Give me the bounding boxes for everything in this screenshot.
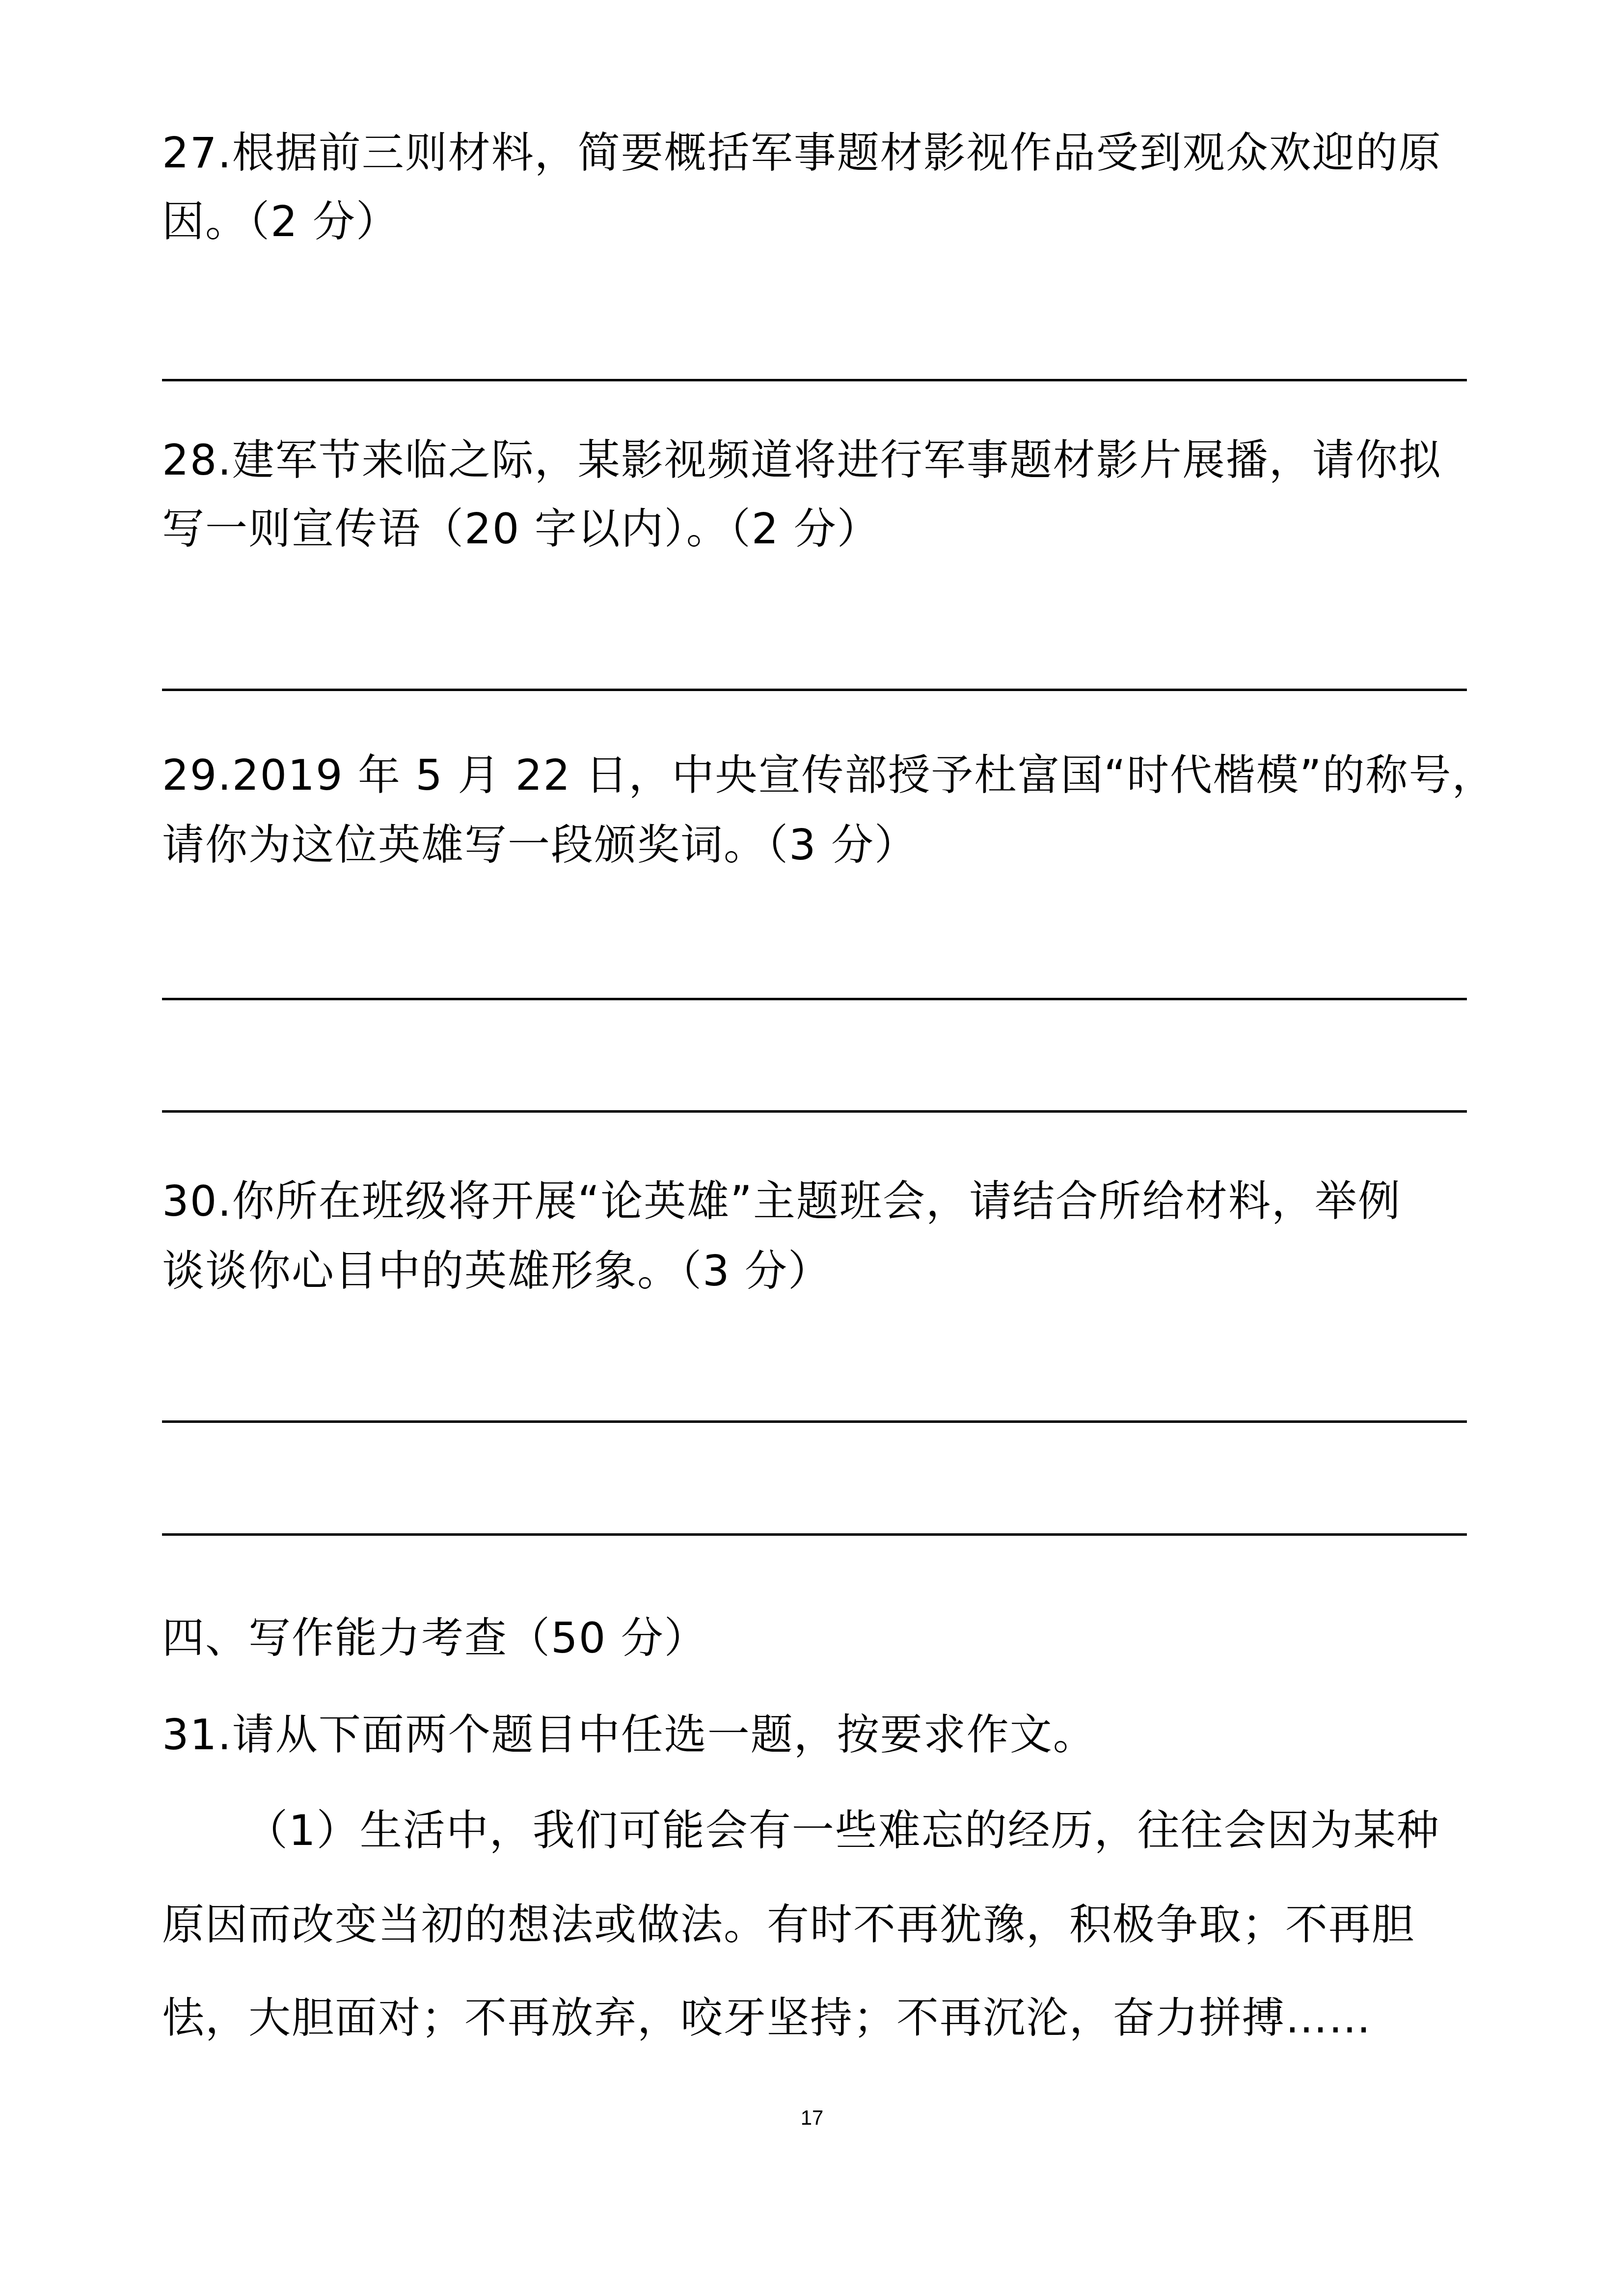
- question-29-line-2: 请你为这位英雄写一段颁奖词。（3 分）: [162, 821, 918, 870]
- section-heading-writing: 四、写作能力考查（50 分）: [162, 1614, 707, 1663]
- prompt-1-line-1: （1）生活中，我们可能会有一些难忘的经历，往往会因为某种: [245, 1806, 1440, 1855]
- question-27-line-2: 因。（2 分）: [162, 197, 399, 246]
- question-29-line-1: 29.2019 年 5 月 22 日，中央宣传部授予杜富国“时代楷模”的称号，: [162, 751, 1495, 800]
- question-31-instruction: 31.请从下面两个题目中任选一题，按要求作文。: [162, 1710, 1096, 1760]
- question-28-line-2: 写一则宣传语（20 字以内）。（2 分）: [162, 505, 880, 554]
- answer-line-q29-2[interactable]: [162, 1110, 1467, 1113]
- question-30-line-2: 谈谈你心目中的英雄形象。（3 分）: [162, 1247, 831, 1296]
- question-30-line-1: 30.你所在班级将开展“论英雄”主题班会，请结合所给材料，举例: [162, 1177, 1401, 1226]
- answer-line-q30-1[interactable]: [162, 1420, 1467, 1423]
- answer-line-q28[interactable]: [162, 689, 1467, 691]
- prompt-1-line-3: 怯，大胆面对；不再放弃，咬牙坚持；不再沉沦，奋力拼搏……: [162, 1994, 1372, 2043]
- answer-line-q27[interactable]: [162, 379, 1467, 381]
- answer-line-q29-1[interactable]: [162, 998, 1467, 1000]
- question-27-line-1: 27.根据前三则材料，简要概括军事题材影视作品受到观众欢迎的原: [162, 129, 1442, 178]
- question-28-line-1: 28.建军节来临之际，某影视频道将进行军事题材影片展播，请你拟: [162, 436, 1442, 485]
- page-number: 17: [0, 2106, 1624, 2130]
- answer-line-q30-2[interactable]: [162, 1533, 1467, 1536]
- prompt-1-line-2: 原因而改变当初的想法或做法。有时不再犹豫，积极争取；不再胆: [162, 1900, 1415, 1949]
